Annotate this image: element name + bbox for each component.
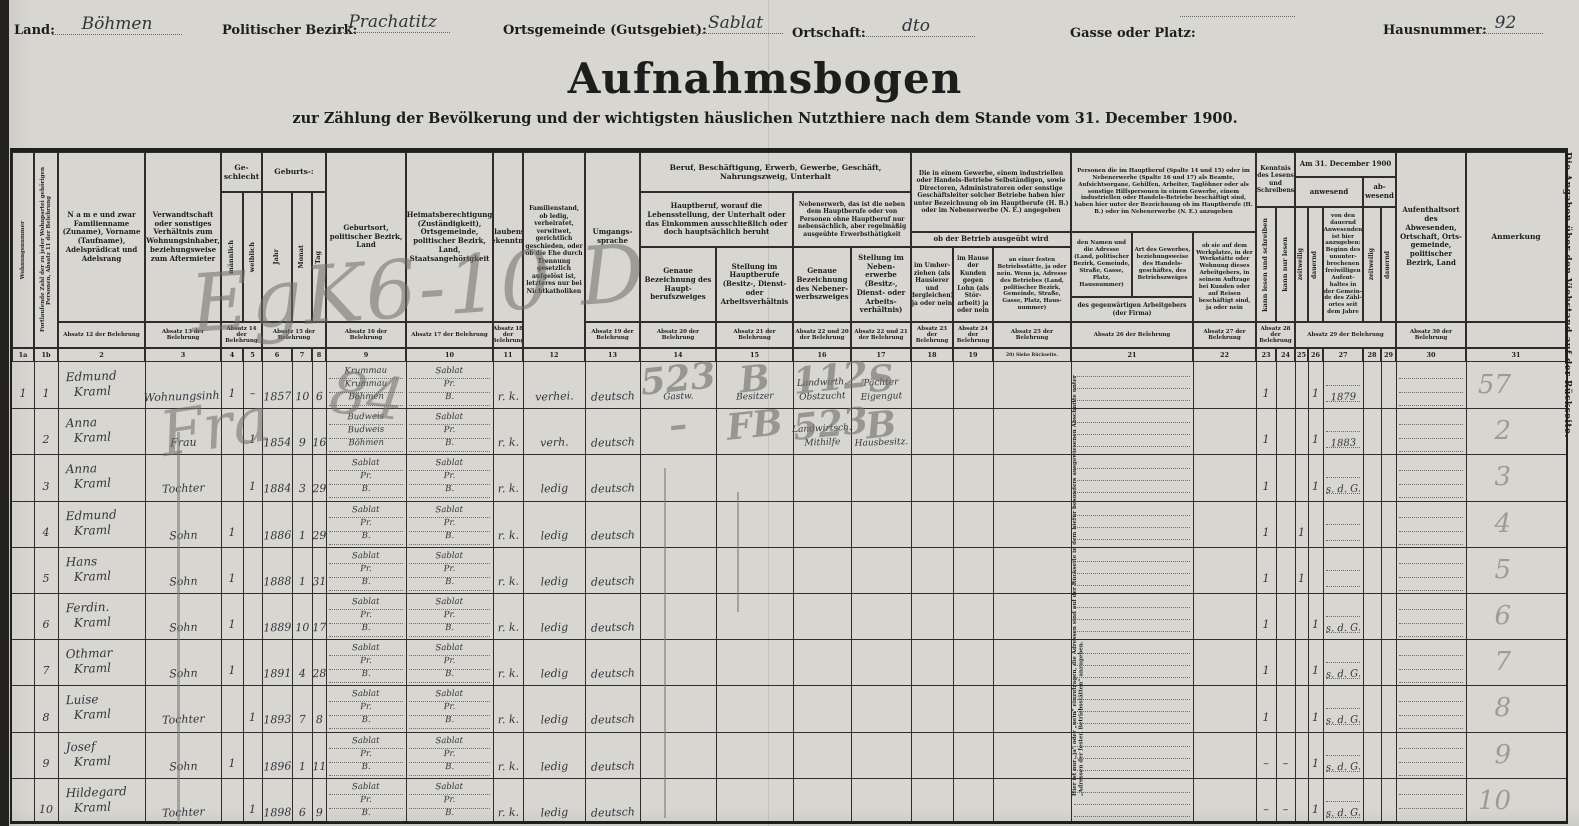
col-header-24: kann nur lesen (1276, 207, 1295, 322)
footnote-21: Absatz 26 der Belehrung (1071, 322, 1193, 348)
cell-stand-r2: verh. (522, 407, 586, 455)
pencil-code: 112 (791, 355, 853, 403)
cell-l23-r10: – (1256, 778, 1276, 824)
column-number-9: 9 (326, 348, 406, 362)
footnote-16: Absatz 22 und 20 der Belehrung (793, 322, 851, 348)
cell-a26-r1: 1 (1308, 362, 1323, 408)
column-number-27: 27 (1323, 348, 1363, 362)
cell-monat-r3: 3 (291, 454, 313, 501)
cell-heimat-r2: Sablat Pr. B. (406, 407, 494, 455)
cell-m-r1: 1 (221, 362, 243, 408)
cell-stand-r8: ledig (522, 684, 586, 732)
census-table: Wohnungsnummer Fortlaufende Zahl der zu … (10, 148, 1568, 824)
cell-heimat-r1: Sablat Pr. B. (406, 361, 494, 409)
cell-heimat-r10: Sablat Pr. B. (406, 777, 494, 825)
group-header-personen: Personen die im Hauptberuf (Spalte 14 un… (1071, 152, 1256, 232)
footnote-15: Absatz 21 der Belehrung (716, 322, 793, 348)
cell-stand-r10: ledig (522, 777, 586, 825)
cell-monat-r6: 10 (291, 593, 313, 640)
dotted-rule (1399, 469, 1463, 471)
cell-tag-r9: 11 (311, 731, 327, 778)
cell-jahr-r6: 1889 (261, 592, 293, 639)
dotted-rule (1326, 539, 1360, 541)
column-number-23: 23 (1256, 348, 1276, 362)
cell-sprache-r8: deutsch (584, 684, 641, 732)
cell-sprache-r10: deutsch (584, 777, 641, 825)
footnote-19: Absatz 24 der Belehrung (953, 322, 993, 348)
cell-seit-r7: s. d. G. (1322, 639, 1364, 687)
cell-verw-r7: Sohn (144, 638, 222, 687)
cell-l23-r3: 1 (1256, 454, 1276, 500)
cell-anm-r5: 5 (1466, 547, 1566, 593)
cell-l23-r7: 1 (1256, 639, 1276, 685)
group-header-betrieb-sub: ob der Betrieb ausgeübt wird (911, 232, 1071, 247)
dotted-rule (1399, 423, 1463, 425)
cell-ort-r5: Sablat Pr. B. (326, 546, 407, 594)
cell-jahr-r9: 1896 (261, 731, 293, 778)
cell-glaube-r4: r. k. (492, 500, 524, 547)
dotted-rule (1399, 589, 1463, 591)
dotted-rule (1399, 727, 1463, 729)
column-number-8: 8 (312, 348, 326, 362)
dotted-rule (1399, 820, 1463, 822)
column-number-22: 22 (1193, 348, 1256, 362)
dotted-rule (1399, 622, 1463, 624)
footnote-3: Absatz 13 der Belehrung (145, 322, 221, 348)
dotted-rule (1326, 585, 1360, 587)
col-header-20: an einer festen Betriebsstätte, ja oder … (993, 247, 1071, 322)
footnote-9: Absatz 16 der Belehrung (326, 322, 406, 348)
column-number-26: 26 (1308, 348, 1323, 362)
dotted-rule (1399, 516, 1463, 518)
cell-l23-r9: – (1256, 732, 1276, 778)
land-value: Böhmen (52, 14, 182, 35)
col-header-27: von den dauernd Anwesenden ist hier anzu… (1323, 207, 1363, 322)
footnote-25-29: Absatz 29 der Belehrung (1295, 322, 1396, 348)
column-number-13: 13 (585, 348, 640, 362)
pencil-code: FB (714, 400, 795, 450)
column-number-18: 18 (911, 348, 953, 362)
cell-w-r3: 1 (243, 454, 262, 500)
cell-w-r1: – (243, 362, 262, 408)
dotted-rule (1399, 576, 1463, 578)
col-header-13: Umgangs­sprache (585, 152, 640, 322)
dotted-rule (1074, 560, 1190, 562)
dotted-rule (1074, 618, 1190, 620)
column-number-1a: 1a (12, 348, 34, 362)
cell-anm-r1: 57 (1466, 362, 1566, 408)
col-header-30: Aufent­haltsort des Abwesenden, Ortschaf… (1396, 152, 1466, 322)
cell-verw-r3: Tochter (144, 453, 222, 502)
col-header-3: Verwandtschaft oder sonstiges Verhältnis… (145, 152, 221, 322)
cell-nr-r5: 5 (34, 547, 58, 593)
column-number-3: 3 (145, 348, 221, 362)
cell-monat-r2: 9 (291, 408, 313, 455)
cell-jahr-r4: 1886 (261, 500, 293, 547)
cell-verw-r1: Wohnungsinh. (144, 361, 222, 410)
cell-m-r9: 1 (221, 732, 243, 778)
cell-ort-r7: Sablat Pr. B. (326, 638, 407, 686)
cell-monat-r1: 10 (291, 362, 313, 409)
col-header-21b: Art des Gewerbes, beziehungsweise des Ha… (1132, 232, 1193, 297)
cell-w-r10: 1 (243, 778, 262, 824)
dotted-rule (1074, 698, 1190, 700)
group-header-beruf: Beruf, Beschäftigung, Erwerb, Gewerbe, G… (640, 152, 911, 192)
page-subtitle: zur Zählung der Bevölkerung und der wich… (292, 110, 1237, 127)
dotted-rule (1399, 483, 1463, 485)
column-number-19: 19 (953, 348, 993, 362)
pencil-code: B (714, 354, 795, 404)
footnote-17: Absatz 22 und 21 der Belehrung (851, 322, 911, 348)
dotted-rule (1074, 606, 1190, 608)
cell-l23-r1: 1 (1256, 362, 1276, 408)
pencil-code: 523 (638, 354, 718, 404)
person-name-r10: Hildegard Kraml (57, 776, 146, 825)
cell-nr-r1: 1 (34, 362, 58, 408)
cell-stand-r6: ledig (522, 592, 586, 640)
col-header-12: Familienstand, ob ledig, verheiratet, ve… (523, 152, 585, 348)
dotted-rule (1399, 562, 1463, 564)
cell-l24-r9: – (1276, 732, 1295, 778)
cell-heimat-r5: Sablat Pr. B. (406, 546, 494, 594)
person-name-r1: Edmund Kraml (57, 360, 146, 409)
person-name-r4: Edmund Kraml (57, 499, 146, 548)
dotted-rule (1074, 745, 1190, 747)
cell-l23-r4: 1 (1256, 501, 1276, 547)
column-number-5: 5 (243, 348, 262, 362)
ortschaft-label: Ortschaft: (792, 26, 866, 41)
dotted-rule (1074, 399, 1190, 401)
col-header-1b: Fortlaufende Zahl der zu jeder Wohnparte… (34, 152, 58, 348)
cell-ort-r9: Sablat Pr. B. (326, 731, 407, 779)
cell-ort-r4: Sablat Pr. B. (326, 500, 407, 548)
col-header-11: Glaubens­bekenntnis (493, 152, 523, 322)
dotted-rule (1074, 526, 1190, 528)
pencil-stroke-col15 (737, 492, 739, 612)
cell-tag-r8: 8 (311, 685, 327, 732)
cell-glaube-r9: r. k. (492, 731, 524, 778)
scan-edge (0, 0, 9, 826)
cell-ort-r10: Sablat Pr. B. (326, 777, 407, 825)
dotted-rule (1399, 681, 1463, 683)
dotted-rule (1399, 774, 1463, 776)
cell-tag-r7: 28 (311, 639, 327, 686)
footnote-18: Absatz 23 der Belehrung (911, 322, 953, 348)
dotted-rule (1399, 530, 1463, 532)
cell-sprache-r7: deutsch (584, 638, 641, 686)
pencil-stroke-col3 (177, 432, 180, 822)
dotted-rule (1326, 523, 1360, 525)
dotted-rule (1074, 467, 1190, 469)
dotted-rule (1074, 491, 1190, 493)
cell-a25-r4: 1 (1295, 501, 1308, 547)
cell-heimat-r7: Sablat Pr. B. (406, 638, 494, 686)
cell-m-r4: 1 (221, 501, 243, 547)
cell-stand-r3: ledig (522, 453, 586, 501)
cell-sprache-r2: deutsch (584, 407, 641, 455)
cell-tag-r10: 9 (311, 778, 327, 825)
row-rule (12, 547, 1566, 548)
cell-anm-r9: 9 (1466, 732, 1566, 778)
dotted-rule (1399, 747, 1463, 749)
group-header-hauptberuf: Hauptberuf, worauf die Lebensstellung, d… (640, 192, 793, 247)
person-name-r2: Anna Kraml (57, 407, 146, 456)
cell-glaube-r3: r. k. (492, 454, 524, 501)
dotted-rule (1399, 404, 1463, 406)
dotted-rule (1399, 437, 1463, 439)
cell-glaube-r10: r. k. (492, 777, 524, 824)
cell-sprache-r9: deutsch (584, 731, 641, 779)
cell-l23-r2: 1 (1256, 408, 1276, 454)
cell-seit-r3: s. d. G. (1322, 454, 1364, 502)
cell-ort-r1: Krummau Krummau Böhmen (326, 361, 407, 409)
cell-nr-r8: 8 (34, 685, 58, 731)
cell-jahr-r5: 1888 (261, 546, 293, 593)
group-header-anwesend: anwesend (1295, 177, 1363, 207)
dotted-rule (1399, 450, 1463, 452)
col-header-16: Genaue Bezeichnung des Nebener­werbszwei… (793, 247, 851, 322)
dotted-rule (1074, 791, 1190, 793)
cell-verw-r4: Sohn (144, 499, 222, 548)
column-number-24: 24 (1276, 348, 1295, 362)
dotted-rule (1399, 793, 1463, 795)
person-name-r8: Luise Kraml (57, 684, 146, 733)
cell-verw-r6: Sohn (144, 592, 222, 641)
cell-heimat-r6: Sablat Pr. B. (406, 592, 494, 640)
col-header-6: Jahr (262, 192, 292, 322)
cell-ort-r2: Budweis Budweis Böhmen (326, 407, 407, 455)
cell-heimat-r8: Sablat Pr. B. (406, 685, 494, 733)
pencil-code-b17p-r2: B (851, 408, 911, 454)
cell-anm-r8: 8 (1466, 685, 1566, 731)
cell-jahr-r2: 1854 (261, 408, 293, 455)
col-header-14: Genaue Bezeichnung des Haupt­berufszweig… (640, 247, 716, 322)
col-header-4: männlich (221, 192, 243, 322)
col-header-1a: Wohnungsnummer (12, 152, 34, 348)
dotted-rule (1399, 668, 1463, 670)
dotted-rule (1074, 433, 1190, 435)
cell-l23-r8: 1 (1256, 685, 1276, 731)
footnote-22: Absatz 27 der Belehrung (1193, 322, 1256, 348)
col-header-29: dauernd (1381, 207, 1396, 322)
cell-a26-r6: 1 (1308, 593, 1323, 639)
cell-w-r2: 1 (243, 408, 262, 454)
col-header-25: zeitweilig (1295, 207, 1308, 322)
cell-w-r8: 1 (243, 685, 262, 731)
column-number-1b: 1b (34, 348, 58, 362)
dotted-rule (1074, 710, 1190, 712)
cell-tag-r6: 17 (311, 593, 327, 640)
cell-nr-r6: 6 (34, 593, 58, 639)
pencil-code: S (849, 355, 913, 403)
column-number-12: 12 (523, 348, 585, 362)
group-header-kenntnis: Kenntnis des Lesens und Schreibens (1256, 152, 1295, 207)
cell-stand-r4: ledig (522, 500, 586, 548)
pencil-code: 523 (791, 401, 853, 449)
column-number-29: 29 (1381, 348, 1396, 362)
cell-monat-r10: 6 (291, 777, 313, 824)
cell-stand-r5: ledig (522, 546, 586, 594)
col-header-10: Heimatsberechtigung (Zuständigkeit), Ort… (406, 152, 493, 322)
cell-l23-r5: 1 (1256, 547, 1276, 593)
cell-verw-r8: Tochter (144, 684, 222, 733)
dotted-rule (1074, 769, 1190, 771)
hausnummer-value: 92 (1468, 13, 1543, 34)
footnote-31 (1466, 322, 1566, 348)
cell-sprache-r3: deutsch (584, 453, 641, 501)
dotted-rule (1326, 569, 1360, 571)
dotted-rule (1074, 722, 1190, 724)
column-number-4: 4 (221, 348, 243, 362)
group-header-abwesend: ab­wesend (1363, 177, 1396, 207)
row-rule (12, 501, 1566, 502)
cell-anm-r4: 4 (1466, 501, 1566, 547)
cell-jahr-r8: 1893 (261, 685, 293, 732)
footnote-14: Absatz 20 der Belehrung (640, 322, 716, 348)
column-number-31: 31 (1466, 348, 1566, 362)
group-header-nebenerwerb: Nebenerwerb, das ist die neben dem Haupt… (793, 192, 911, 247)
col-header-8: Tag (312, 192, 326, 322)
cell-seit-r10: s. d. G. (1322, 777, 1364, 825)
person-name-r6: Ferdin. Kraml (57, 591, 146, 640)
cell-stand-r7: ledig (522, 638, 586, 686)
dotted-rule (1074, 514, 1190, 516)
cell-l23-r6: 1 (1256, 593, 1276, 639)
col-header-21a: den Namen und die Adresse (Land, politis… (1071, 232, 1132, 297)
dotted-rule (1399, 700, 1463, 702)
column-number-21: 21 (1071, 348, 1193, 362)
gemeinde-value: Sablat (688, 13, 783, 34)
cell-a26-r7: 1 (1308, 639, 1323, 685)
footnote-20: Absatz 25 der Belehrung (993, 322, 1071, 348)
cell-sprache-r1: deutsch (584, 361, 641, 409)
dotted-rule (1399, 714, 1463, 716)
cell-seit-r9: s. d. G. (1322, 731, 1364, 779)
group-header-gewerbe: Die in einem Gewerbe, einem industrielle… (911, 152, 1071, 232)
cell-seit-r8: s. d. G. (1322, 685, 1364, 733)
footnote-2: Absatz 12 der Belehrung (58, 322, 145, 348)
dotted-rule (1399, 654, 1463, 656)
footnote-6-8: Absatz 15 der Belehrung (262, 322, 326, 348)
cell-sprache-r4: deutsch (584, 500, 641, 548)
cell-sprache-r5: deutsch (584, 546, 641, 594)
cell-heimat-r4: Sablat Pr. B. (406, 500, 494, 548)
cell-a26-r10: 1 (1308, 778, 1323, 824)
group-header-geburts: Geburts-: (262, 152, 326, 192)
column-number-6: 6 (262, 348, 292, 362)
dotted-rule (1074, 652, 1190, 654)
cell-tag-r5: 31 (311, 547, 327, 594)
dotted-rule (1399, 635, 1463, 637)
column-number-28: 28 (1363, 348, 1381, 362)
footnote-10: Absatz 17 der Belehrung (406, 322, 493, 348)
viehstand-margin-note: Die Angaben über den Viehstand auf der R… (1562, 152, 1572, 812)
column-number-20: 20) Siehe Rückseite. (993, 348, 1071, 362)
dotted-rule (1074, 676, 1190, 678)
col-header-31: Anmerkung (1466, 152, 1566, 322)
cell-anm-r7: 7 (1466, 639, 1566, 685)
footnote-13: Absatz 19 der Belehrung (585, 322, 640, 348)
cell-seit-r1: 1879 (1322, 361, 1364, 409)
footnote-4-5: Absatz 14 der Belehrung (221, 322, 262, 348)
cell-glaube-r2: r. k. (492, 408, 524, 455)
dotted-rule (1074, 815, 1190, 817)
col-header-22: ob sie auf dem Werkplatze, in der Werkst… (1193, 232, 1256, 322)
dotted-rule (1074, 479, 1190, 481)
col-header-9: Geburtsort, politischer Bezirk, Land (326, 152, 406, 322)
column-number-7: 7 (292, 348, 312, 362)
dotted-rule (1074, 421, 1190, 423)
gasse-value (1180, 16, 1295, 17)
pencil-code-b14p-r2: – (640, 408, 716, 454)
column-number-25: 25 (1295, 348, 1308, 362)
cell-a26-r2: 1 (1308, 408, 1323, 454)
dotted-rule (1399, 496, 1463, 498)
pencil-code: B (849, 401, 913, 449)
cell-monat-r7: 4 (291, 639, 313, 686)
cell-jahr-r10: 1898 (261, 777, 293, 824)
cell-nr-r7: 7 (34, 639, 58, 685)
cell-seit-r2: 1883 (1322, 408, 1364, 456)
footnote-23-24: Absatz 28 der Belehrung (1256, 322, 1295, 348)
pencil-code-b15p-r2: FB (716, 408, 793, 454)
cell-m-r7: 1 (221, 639, 243, 685)
col-header-15: Stellung im Hauptberufe (Besitz-, Dienst… (716, 247, 793, 322)
col-header-23: kann lesen und schreiben (1256, 207, 1276, 322)
group-header-geschlecht: Ge­schlecht (221, 152, 262, 192)
col-header-28: zeitweilig (1363, 207, 1381, 322)
dotted-rule (1074, 387, 1190, 389)
column-number-30: 30 (1396, 348, 1466, 362)
gasse-label: Gasse oder Platz: (1070, 26, 1196, 41)
cell-nr-r4: 4 (34, 501, 58, 547)
person-name-r7: Othmar Kraml (57, 638, 146, 687)
pencil-stroke-col14 (664, 468, 666, 818)
column-number-11: 11 (493, 348, 523, 362)
footnote-30: Absatz 30 der Belehrung (1396, 322, 1466, 348)
cell-sprache-r6: deutsch (584, 592, 641, 640)
cell-nr-r3: 3 (34, 454, 58, 500)
dotted-rule (1074, 538, 1190, 540)
cell-monat-r8: 7 (291, 685, 313, 732)
land-label: Land: (14, 23, 55, 38)
cell-m-r6: 1 (221, 593, 243, 639)
cell-stand-r9: ledig (522, 731, 586, 779)
person-name-r9: Josef Kraml (57, 730, 146, 779)
col-header-17: Stellung im Neben­erwerbe (Besitz-, Dien… (851, 247, 911, 322)
cell-nr-r2: 2 (34, 408, 58, 454)
col-header-7: Monat (292, 192, 312, 322)
col-header-5: weiblich (243, 192, 262, 322)
dotted-rule (1399, 391, 1463, 393)
cell-ort-r3: Sablat Pr. B. (326, 454, 407, 502)
cell-anm-r6: 6 (1466, 593, 1566, 639)
dotted-rule (1399, 608, 1463, 610)
dotted-rule (1074, 445, 1190, 447)
dotted-rule (1074, 757, 1190, 759)
cell-anm-r3: 3 (1466, 454, 1566, 500)
page-title: Aufnahmsbogen (568, 54, 963, 103)
cell-l24-r10: – (1276, 778, 1295, 824)
person-name-r5: Hans Kraml (57, 545, 146, 594)
cell-verw-r5: Sohn (144, 545, 222, 594)
dotted-rule (1074, 803, 1190, 805)
cell-verw-r9: Sohn (144, 730, 222, 779)
group-header-datum: Am 31. December 1900 (1295, 152, 1396, 177)
dotted-rule (1399, 377, 1463, 379)
cell-jahr-r7: 1891 (261, 639, 293, 686)
cell-ort-r8: Sablat Pr. B. (326, 685, 407, 733)
